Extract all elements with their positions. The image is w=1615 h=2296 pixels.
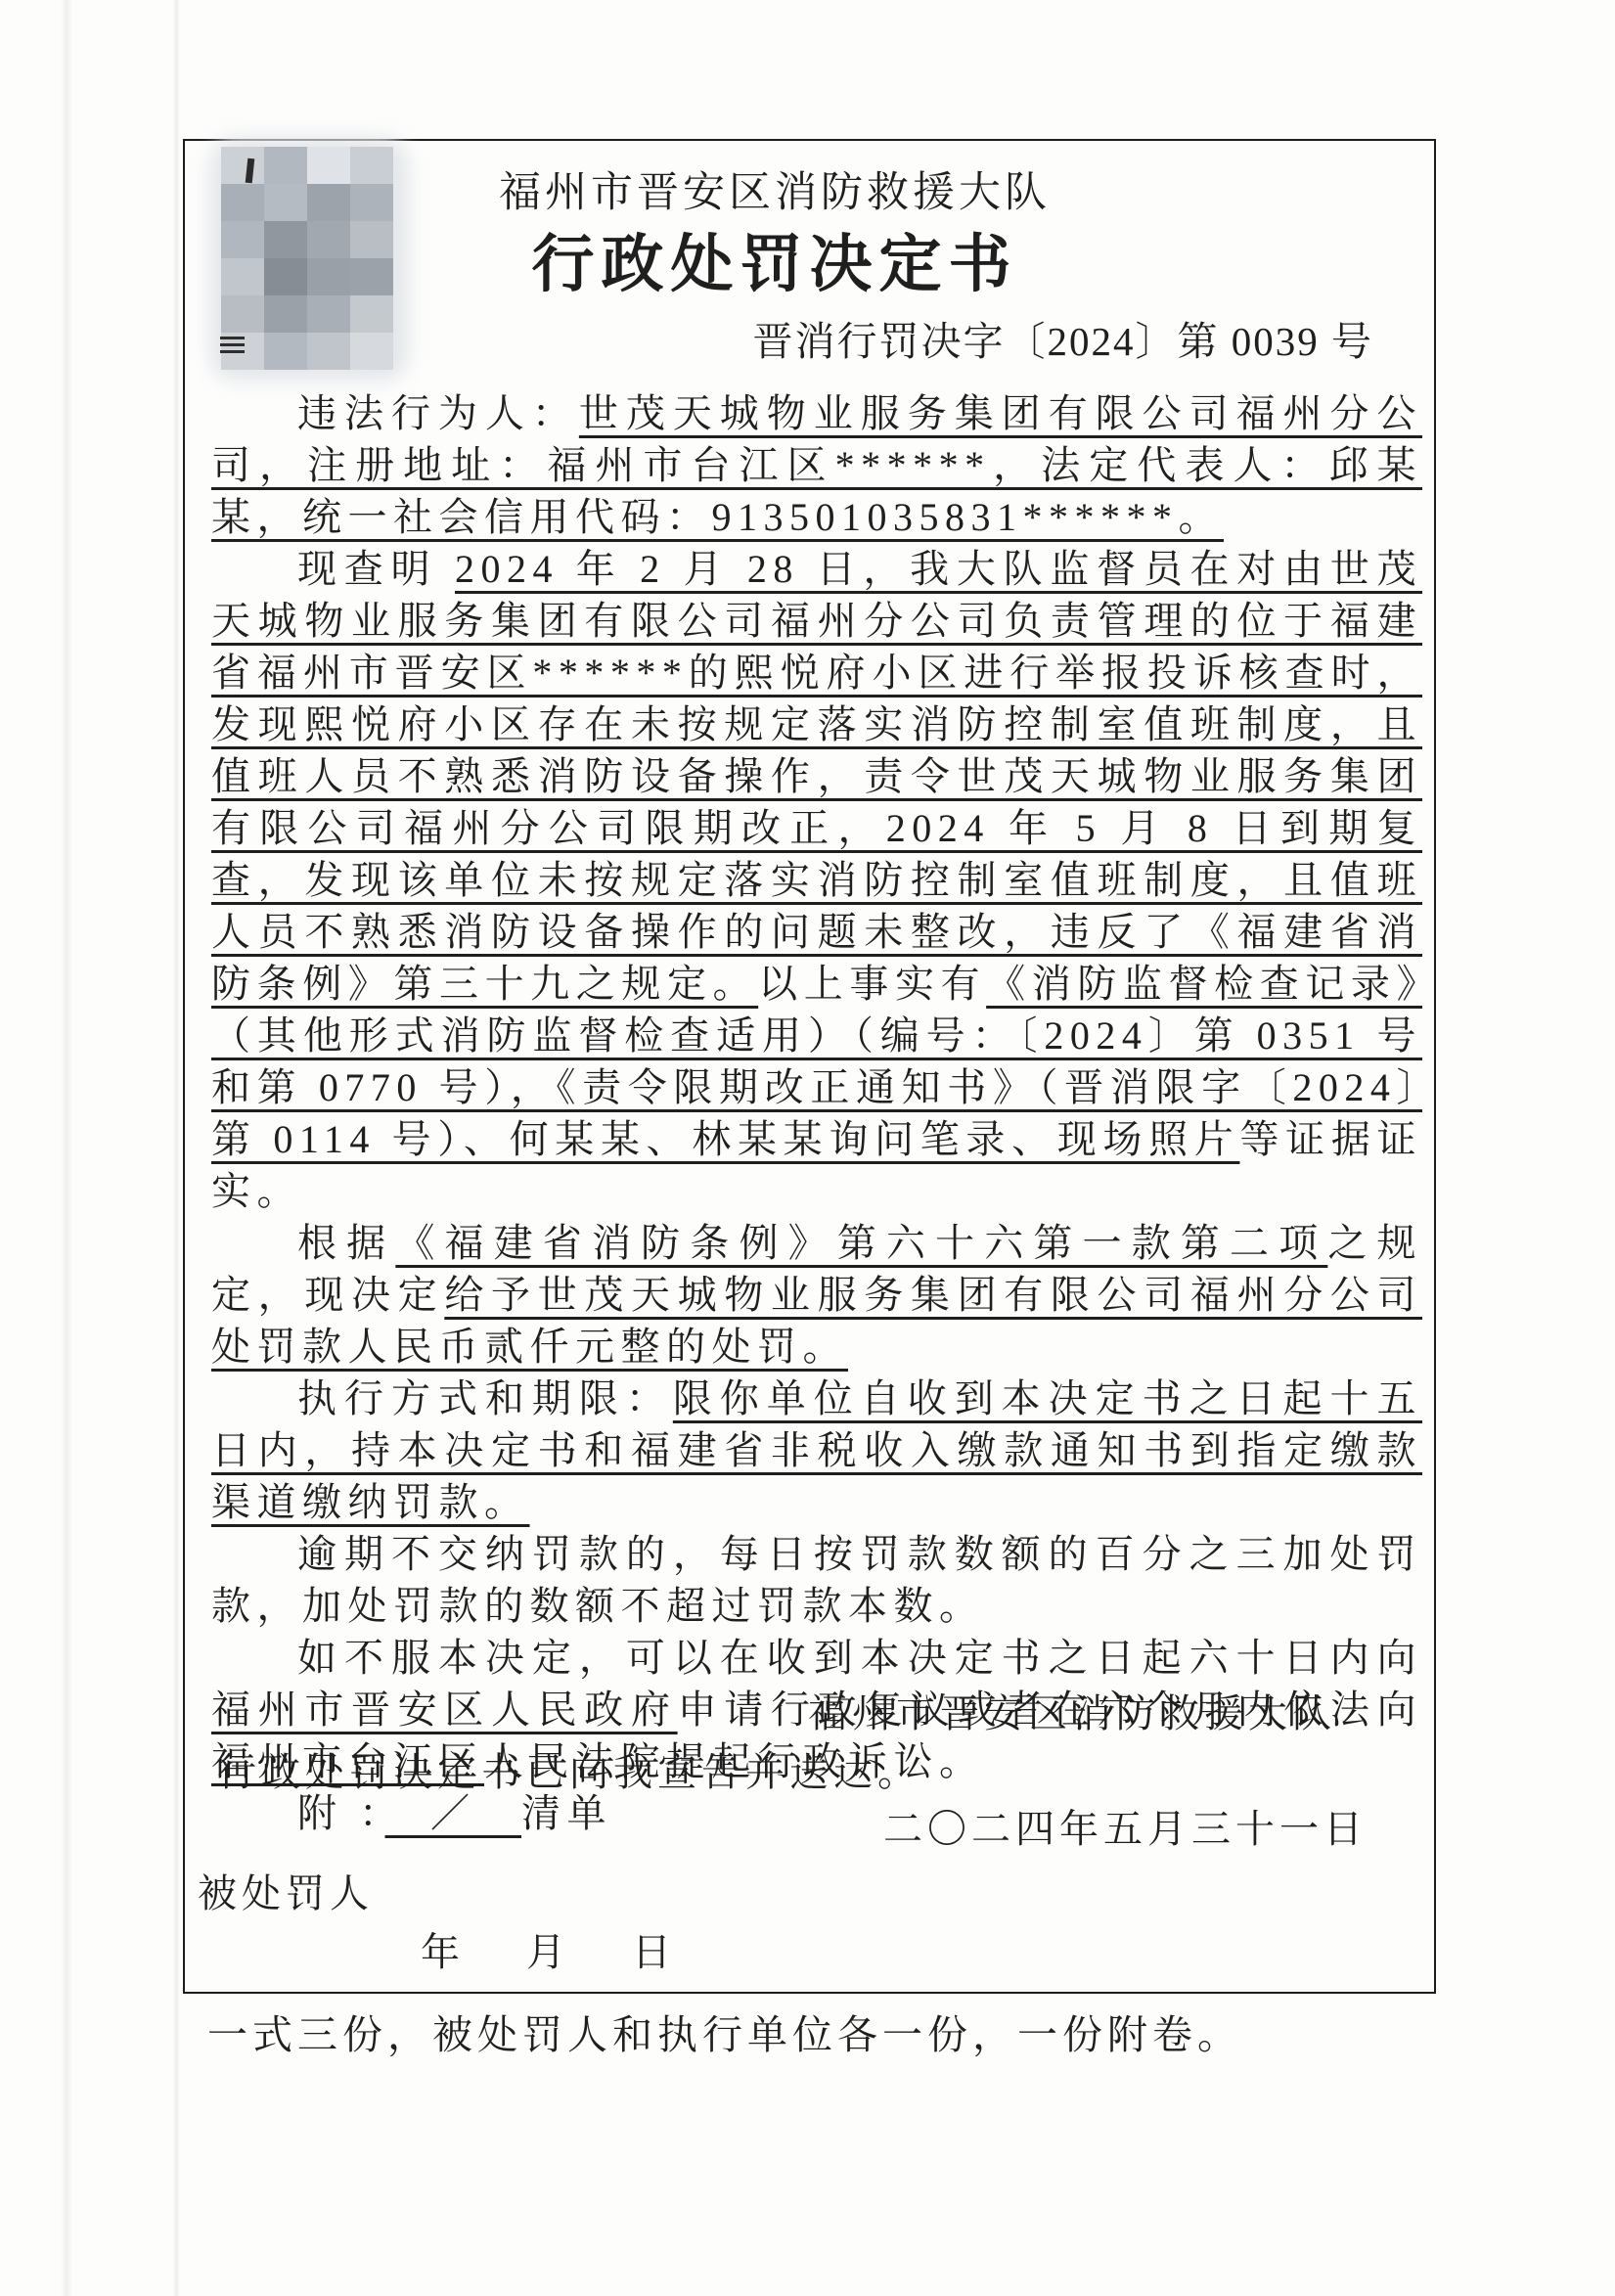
document-body: 违法行为人：世茂天城物业服务集团有限公司福州分公司，注册地址：福州市台江区***… [211,387,1422,1839]
paragraph-findings: 现查明 2024 年 2 月 28 日，我大队监督员在对由世茂天城物业服务集团有… [211,543,1422,1217]
blank-date-line: 年 月 日 [211,1927,1422,1978]
findings-filled-facts: 2024 年 2 月 28 日，我大队监督员在对由世茂天城物业服务集团有限公司福… [211,547,1422,1006]
execution-label: 执行方式和期限： [297,1376,673,1420]
paragraph-violator: 违法行为人：世茂天城物业服务集团有限公司福州分公司，注册地址：福州市台江区***… [211,387,1422,543]
paragraph-execution: 执行方式和期限：限你单位自收到本决定书之日起十五日内，持本决定书和福建省非税收入… [211,1373,1422,1528]
penalized-party-label: 被处罚人 [198,1868,1422,1919]
decision-lead: 根据 [297,1221,395,1265]
scan-ink-mark [220,337,245,353]
copies-note: 一式三份，被处罚人和执行单位各一份，一份附卷。 [207,2003,1242,2060]
violator-label: 违法行为人： [297,391,579,435]
appeal-lead: 如不服本决定，可以在收到本决定书之日起六十日内向 [297,1636,1422,1680]
paragraph-decision: 根据《福建省消防条例》第六十六第一款第二项之规定，现决定给予世茂天城物业服务集团… [211,1217,1422,1373]
scan-artifact-line [61,0,72,2296]
service-acknowledgement: 行政处罚决定书已向我宣告并送达。 [217,1747,1422,1798]
scan-artifact-line [173,0,180,2296]
evidence-lead: 以上事实有 [758,962,986,1006]
late-payment-text: 逾期不交纳罚款的，每日按罚款数额的百分之三加处罚款，加处罚款的数额不超过罚款本数… [211,1532,1422,1628]
document-border-box: 福州市晋安区消防救援大队 行政处罚决定书 晋消行罚决字〔2024〕第 0039 … [183,139,1436,1994]
issuer-signature: 福州市晋安区消防救援大队 [211,1688,1422,1739]
paragraph-late-payment: 逾期不交纳罚款的，每日按罚款数额的百分之三加处罚款，加处罚款的数额不超过罚款本数… [211,1528,1422,1632]
signature-block: 福州市晋安区消防救援大队 行政处罚决定书已向我宣告并送达。 二〇二四年五月三十一… [211,1688,1422,1978]
findings-lead: 现查明 [297,547,455,591]
decision-date: 二〇二四年五月三十一日 [211,1804,1422,1855]
decision-legal-basis: 《福建省消防条例》第六十六第一款第二项 [395,1221,1327,1265]
document-page: 福州市晋安区消防救援大队 行政处罚决定书 晋消行罚决字〔2024〕第 0039 … [0,0,1615,2296]
